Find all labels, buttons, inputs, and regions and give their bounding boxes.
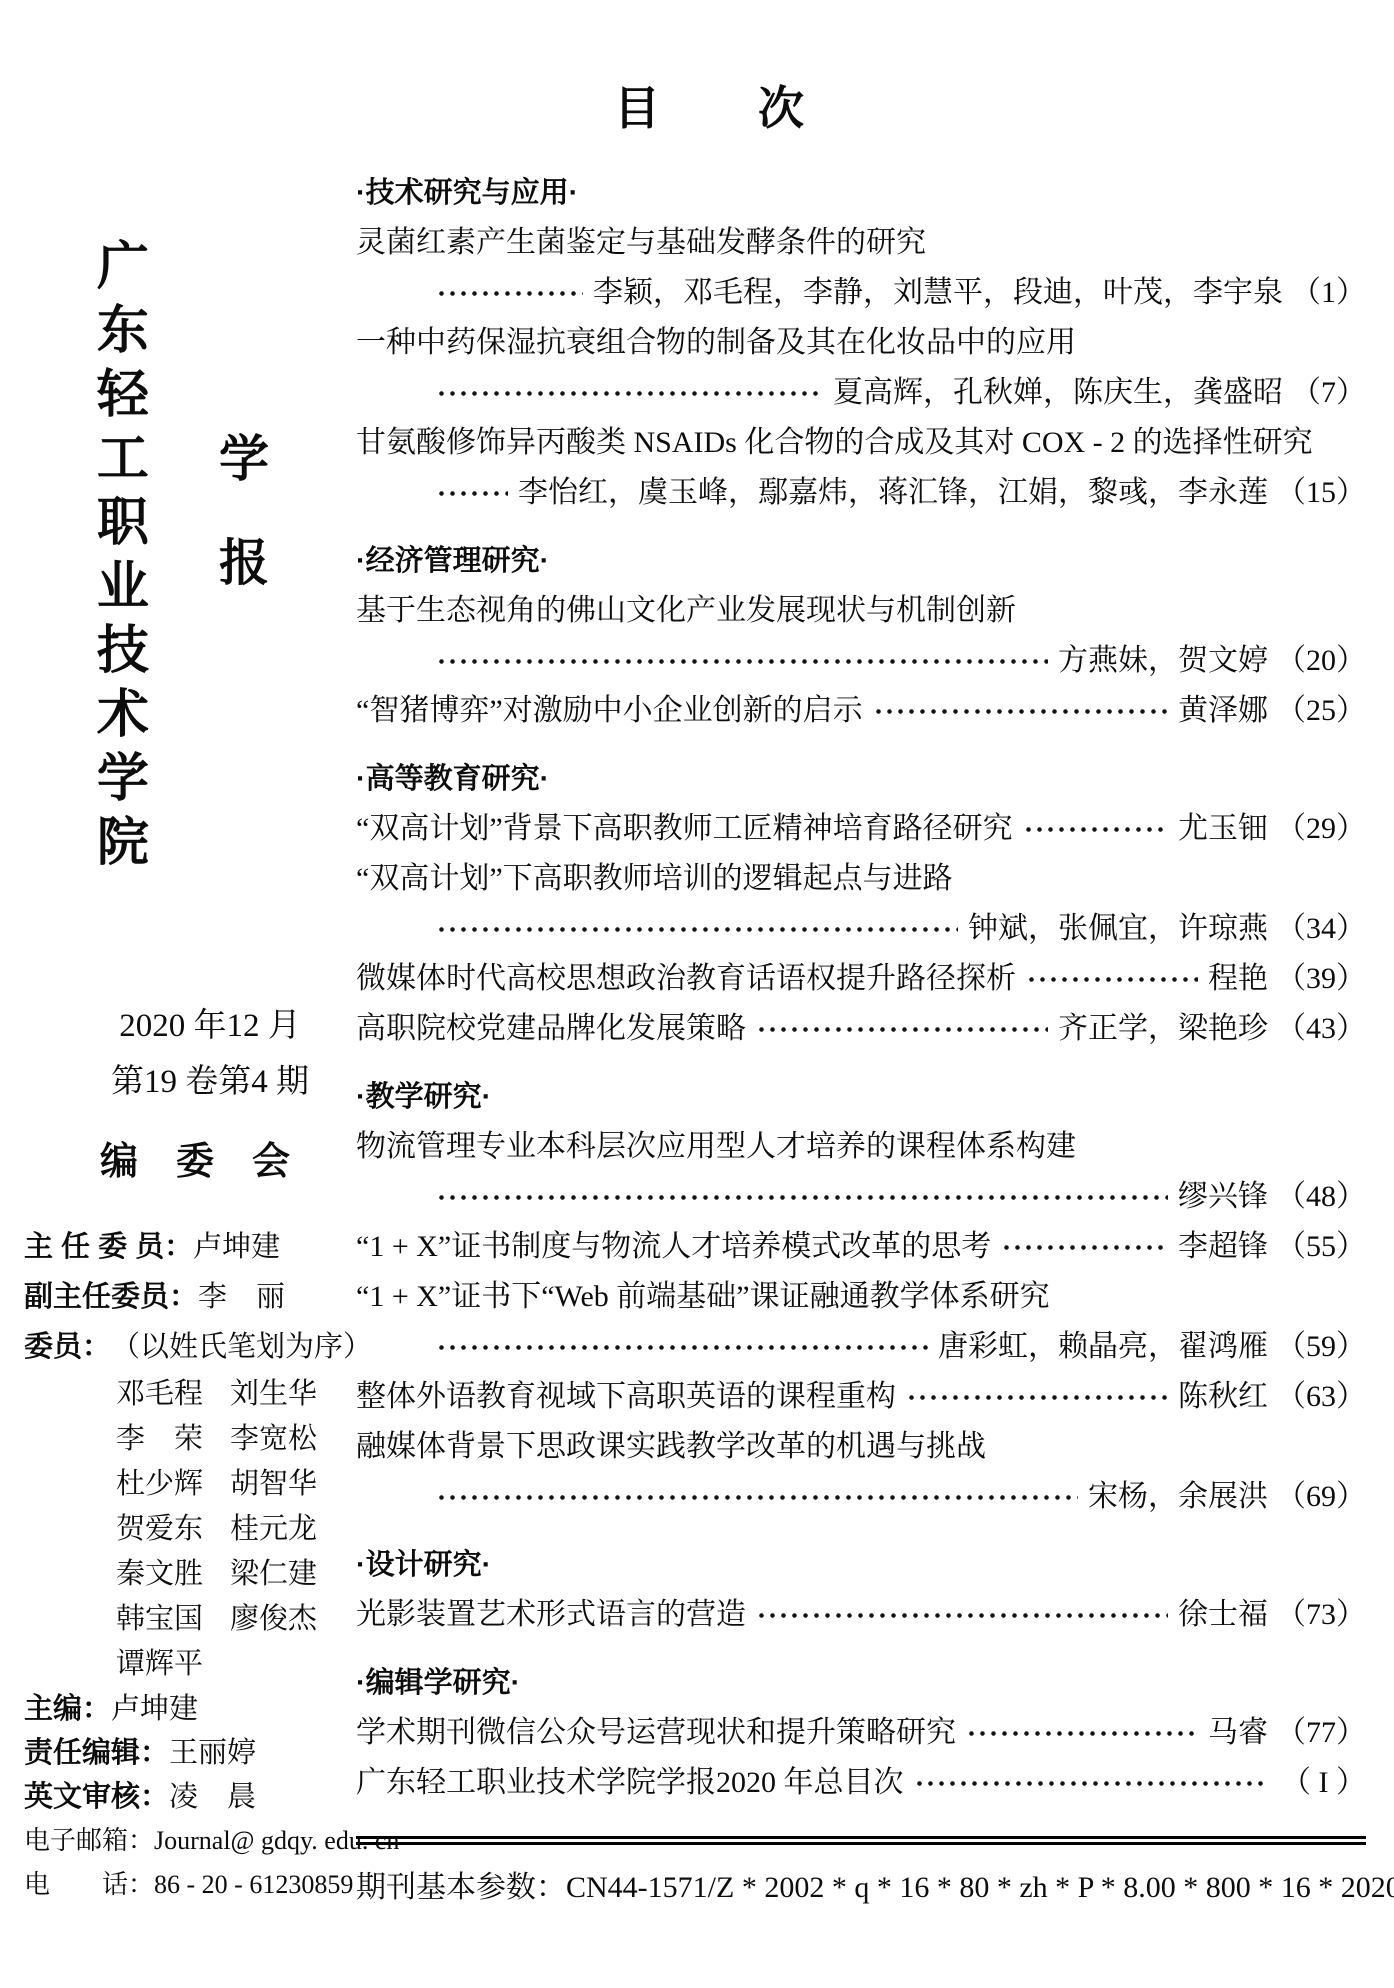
toc-section-items: 基于生态视角的佛山文化产业发展现状与机制创新 方燕妹，贺文婷 （20） “智猪博… bbox=[356, 586, 1366, 736]
toc-item-page: （59） bbox=[1276, 1322, 1366, 1372]
board-member-row: 贺爱东桂元龙 bbox=[116, 1507, 354, 1552]
dot-leader bbox=[436, 287, 583, 300]
dot-leader bbox=[436, 487, 508, 500]
toc-section-heading: ·设计研究· bbox=[356, 1540, 1366, 1590]
member-name: 胡智华 bbox=[230, 1462, 317, 1507]
toc-item-title: “1 + X”证书制度与物流人才培养模式改革的思考 bbox=[356, 1222, 991, 1272]
dot-leader bbox=[436, 1341, 928, 1354]
dot-leader bbox=[1026, 973, 1198, 986]
masthead-row: 责任编辑：王丽婷 bbox=[24, 1731, 354, 1775]
toc-item-page: （20） bbox=[1276, 636, 1366, 686]
toc-item-authors: 李怡红，虞玉峰，鄢嘉炜，蒋汇锋，江娟，黎彧，李永莲 bbox=[518, 468, 1268, 518]
dot-leader bbox=[436, 655, 1048, 668]
toc-item-title: “双高计划”背景下高职教师工匠精神培育路径研究 bbox=[356, 804, 1013, 854]
toc-item: 微媒体时代高校思想政治教育话语权提升路径探析 程艳 （39） bbox=[356, 954, 1366, 1004]
toc-item-page: （48） bbox=[1276, 1172, 1366, 1222]
issue-date: 2020 年12 月 bbox=[60, 998, 360, 1054]
table-of-contents: 目 次 ·技术研究与应用· 灵菌红素产生菌鉴定与基础发酵条件的研究 李颖，邓毛程… bbox=[356, 78, 1366, 1913]
toc-item: “双高计划”下高职教师培训的逻辑起点与进路 钟斌，张佩宜，许琼燕 （34） bbox=[356, 854, 1366, 954]
journal-name-vertical: 广东轻工职业技术学院 bbox=[86, 238, 147, 878]
toc-item-title: 融媒体背景下思政课实践教学改革的机遇与挑战 bbox=[356, 1430, 986, 1463]
toc-item-page: （ I ） bbox=[1281, 1758, 1366, 1808]
toc-item-page: （55） bbox=[1276, 1222, 1366, 1272]
member-name: 秦文胜 bbox=[116, 1552, 230, 1597]
toc-item-page: （77） bbox=[1276, 1708, 1366, 1758]
board-member-row: 韩宝国廖俊杰 bbox=[116, 1597, 354, 1642]
toc-item: 甘氨酸修饰异丙酸类 NSAIDs 化合物的合成及其对 COX - 2 的选择性研… bbox=[356, 418, 1366, 518]
toc-item-authors: 唐彩虹，赖晶亮，翟鸿雁 bbox=[938, 1322, 1268, 1372]
staff-rows: 主编：卢坤建 责任编辑：王丽婷 英文审核：凌 晨 电子邮箱：Journal@ g… bbox=[24, 1687, 354, 1907]
toc-item-authors: 齐正学，梁艳珍 bbox=[1058, 1004, 1268, 1054]
toc-item-page: （15） bbox=[1276, 468, 1366, 518]
toc-item-title: 灵菌红素产生菌鉴定与基础发酵条件的研究 bbox=[356, 226, 926, 259]
row-label: 主编： bbox=[24, 1687, 111, 1731]
toc-item-title: 微媒体时代高校思想政治教育话语权提升路径探析 bbox=[356, 954, 1016, 1004]
toc-item: 物流管理专业本科层次应用型人才培养的课程体系构建 缪兴锋 （48） bbox=[356, 1122, 1366, 1222]
toc-item-authors: 徐士福 bbox=[1178, 1590, 1268, 1640]
dot-leader bbox=[436, 1491, 1078, 1504]
toc-item: 融媒体背景下思政课实践教学改革的机遇与挑战 宋杨，余展洪 （69） bbox=[356, 1422, 1366, 1522]
toc-item: “智猪博弈”对激励中小企业创新的启示 黄泽娜 （25） bbox=[356, 686, 1366, 736]
toc-item-title: 基于生态视角的佛山文化产业发展现状与机制创新 bbox=[356, 594, 1016, 627]
toc-item-title: 广东轻工职业技术学院学报2020 年总目次 bbox=[356, 1758, 904, 1808]
toc-section: ·经济管理研究· 基于生态视角的佛山文化产业发展现状与机制创新 方燕妹，贺文婷 … bbox=[356, 536, 1366, 736]
toc-item: 灵菌红素产生菌鉴定与基础发酵条件的研究 李颖，邓毛程，李静，刘慧平，段迪，叶茂，… bbox=[356, 218, 1366, 318]
toc-item-title: 光影装置艺术形式语言的营造 bbox=[356, 1590, 746, 1640]
toc-item-page: （34） bbox=[1276, 904, 1366, 954]
row-value: 王丽婷 bbox=[169, 1731, 256, 1775]
row-value: 卢坤建 bbox=[111, 1687, 198, 1731]
dot-leader bbox=[1001, 1241, 1168, 1254]
dot-leader bbox=[873, 705, 1168, 718]
board-member-row: 秦文胜梁仁建 bbox=[116, 1552, 354, 1597]
toc-item-title: “1 + X”证书下“Web 前端基础”课证融通教学体系研究 bbox=[356, 1280, 1050, 1313]
toc-item-authors: 李颖，邓毛程，李静，刘慧平，段迪，叶茂，李宇泉 bbox=[593, 268, 1283, 318]
masthead-row: 主编：卢坤建 bbox=[24, 1687, 354, 1731]
toc-item: 整体外语教育视域下高职英语的课程重构 陈秋红 （63） bbox=[356, 1372, 1366, 1422]
double-rule bbox=[356, 1836, 1366, 1845]
toc-item-title: 学术期刊微信公众号运营现状和提升策略研究 bbox=[356, 1708, 956, 1758]
member-name: 韩宝国 bbox=[116, 1597, 230, 1642]
dot-leader bbox=[914, 1777, 1264, 1790]
dot-leader bbox=[966, 1727, 1198, 1740]
toc-item: 广东轻工职业技术学院学报2020 年总目次 （ I ） bbox=[356, 1758, 1366, 1808]
masthead-row: 电子邮箱：Journal@ gdqy. edu. cn bbox=[24, 1819, 354, 1863]
toc-item-page: （73） bbox=[1276, 1590, 1366, 1640]
dot-leader bbox=[436, 387, 823, 400]
toc-item: 一种中药保湿抗衰组合物的制备及其在化妆品中的应用 夏高辉，孔秋婵，陈庆生，龚盛昭… bbox=[356, 318, 1366, 418]
toc-item-title: 物流管理专业本科层次应用型人才培养的课程体系构建 bbox=[356, 1130, 1076, 1163]
toc-sections: ·技术研究与应用· 灵菌红素产生菌鉴定与基础发酵条件的研究 李颖，邓毛程，李静，… bbox=[356, 168, 1366, 1808]
toc-item-title: 甘氨酸修饰异丙酸类 NSAIDs 化合物的合成及其对 COX - 2 的选择性研… bbox=[356, 426, 1313, 459]
toc-section-heading: ·高等教育研究· bbox=[356, 754, 1366, 804]
toc-section-heading: ·编辑学研究· bbox=[356, 1658, 1366, 1708]
toc-item-page: （7） bbox=[1291, 368, 1366, 418]
toc-item: 学术期刊微信公众号运营现状和提升策略研究 马睿 （77） bbox=[356, 1708, 1366, 1758]
dot-leader bbox=[756, 1023, 1048, 1036]
toc-section-heading: ·教学研究· bbox=[356, 1072, 1366, 1122]
toc-item: 高职院校党建品牌化发展策略 齐正学，梁艳珍 （43） bbox=[356, 1004, 1366, 1054]
toc-section: ·教学研究· 物流管理专业本科层次应用型人才培养的课程体系构建 缪兴锋 （48）… bbox=[356, 1072, 1366, 1522]
dot-leader bbox=[436, 923, 958, 936]
editorial-board-title: 编 委 会 bbox=[45, 1130, 345, 1185]
board-member-row: 谭辉平 bbox=[116, 1642, 354, 1687]
toc-item-authors: 尤玉钿 bbox=[1178, 804, 1268, 854]
journal-params: 期刊基本参数：CN44-1571/Z * 2002 * q * 16 * 80 … bbox=[356, 1863, 1366, 1913]
toc-item-title: 整体外语教育视域下高职英语的课程重构 bbox=[356, 1372, 896, 1422]
issue-info: 2020 年12 月 第19 卷第4 期 bbox=[60, 998, 360, 1110]
row-value: 86 - 20 - 61230859 bbox=[154, 1863, 353, 1907]
member-name: 谭辉平 bbox=[116, 1642, 230, 1687]
toc-item-authors: 马睿 bbox=[1208, 1708, 1268, 1758]
masthead-row: 副主任委员：李 丽 bbox=[24, 1272, 354, 1322]
toc-item-authors: 陈秋红 bbox=[1178, 1372, 1268, 1422]
editorial-board: 主 任 委 员：卢坤建 副主任委员：李 丽 委员：（以姓氏笔划为序） 邓毛程刘生… bbox=[24, 1222, 354, 1907]
toc-section-heading: ·技术研究与应用· bbox=[356, 168, 1366, 218]
toc-section-items: “双高计划”背景下高职教师工匠精神培育路径研究 尤玉钿 （29） “双高计划”下… bbox=[356, 804, 1366, 1054]
toc-item-authors: 方燕妹，贺文婷 bbox=[1058, 636, 1268, 686]
masthead-row: 英文审核：凌 晨 bbox=[24, 1775, 354, 1819]
row-label: 委员： bbox=[24, 1322, 111, 1372]
member-name: 刘生华 bbox=[230, 1372, 317, 1417]
toc-item: “1 + X”证书制度与物流人才培养模式改革的思考 李超锋 （55） bbox=[356, 1222, 1366, 1272]
row-label: 主 任 委 员： bbox=[24, 1222, 193, 1272]
toc-item-page: （69） bbox=[1276, 1472, 1366, 1522]
toc-item-authors: 钟斌，张佩宜，许琼燕 bbox=[968, 904, 1268, 954]
row-value: 凌 晨 bbox=[169, 1775, 256, 1819]
toc-item-title: “双高计划”下高职教师培训的逻辑起点与进路 bbox=[356, 862, 953, 895]
toc-section: ·设计研究· 光影装置艺术形式语言的营造 徐士福 （73） bbox=[356, 1540, 1366, 1640]
row-label: 责任编辑： bbox=[24, 1731, 169, 1775]
member-name: 杜少辉 bbox=[116, 1462, 230, 1507]
masthead-row: 委员：（以姓氏笔划为序） bbox=[24, 1322, 354, 1372]
toc-item-authors: 缪兴锋 bbox=[1178, 1172, 1268, 1222]
toc-item-authors: 程艳 bbox=[1208, 954, 1268, 1004]
toc-item-page: （1） bbox=[1291, 268, 1366, 318]
row-label: 电子邮箱： bbox=[24, 1819, 154, 1863]
issue-number: 第19 卷第4 期 bbox=[60, 1054, 360, 1110]
toc-section: ·技术研究与应用· 灵菌红素产生菌鉴定与基础发酵条件的研究 李颖，邓毛程，李静，… bbox=[356, 168, 1366, 518]
toc-item-page: （39） bbox=[1276, 954, 1366, 1004]
toc-item-title: 高职院校党建品牌化发展策略 bbox=[356, 1004, 746, 1054]
toc-item-authors: 黄泽娜 bbox=[1178, 686, 1268, 736]
toc-item: “双高计划”背景下高职教师工匠精神培育路径研究 尤玉钿 （29） bbox=[356, 804, 1366, 854]
toc-item-title: 一种中药保湿抗衰组合物的制备及其在化妆品中的应用 bbox=[356, 326, 1076, 359]
toc-title: 目 次 bbox=[614, 78, 1366, 138]
toc-item-page: （63） bbox=[1276, 1372, 1366, 1422]
board-member-row: 邓毛程刘生华 bbox=[116, 1372, 354, 1417]
toc-item-page: （43） bbox=[1276, 1004, 1366, 1054]
row-value: 李 丽 bbox=[198, 1272, 285, 1322]
row-label: 副主任委员： bbox=[24, 1272, 198, 1322]
toc-section-items: 学术期刊微信公众号运营现状和提升策略研究 马睿 （77） 广东轻工职业技术学院学… bbox=[356, 1708, 1366, 1808]
dot-leader bbox=[1023, 823, 1168, 836]
member-name: 廖俊杰 bbox=[230, 1597, 317, 1642]
board-rows: 主 任 委 员：卢坤建 副主任委员：李 丽 委员：（以姓氏笔划为序） bbox=[24, 1222, 354, 1372]
row-value: 卢坤建 bbox=[193, 1222, 280, 1272]
row-label: 英文审核： bbox=[24, 1775, 169, 1819]
board-members: 邓毛程刘生华 李 荣李宽松 杜少辉胡智华 贺爱东桂元龙 秦文胜梁仁建 韩宝国廖俊… bbox=[24, 1372, 354, 1687]
toc-section: ·编辑学研究· 学术期刊微信公众号运营现状和提升策略研究 马睿 （77） 广东轻… bbox=[356, 1658, 1366, 1808]
member-name: 邓毛程 bbox=[116, 1372, 230, 1417]
row-value: （以姓氏笔划为序） bbox=[111, 1322, 372, 1372]
masthead-row: 电 话：86 - 20 - 61230859 bbox=[24, 1863, 354, 1907]
dot-leader bbox=[756, 1609, 1168, 1622]
toc-item-page: （29） bbox=[1276, 804, 1366, 854]
masthead-row: 主 任 委 员：卢坤建 bbox=[24, 1222, 354, 1272]
toc-item-authors: 李超锋 bbox=[1178, 1222, 1268, 1272]
journal-name-suffix: 学报 bbox=[210, 432, 270, 640]
journal-toc-page: 广东轻工职业技术学院 学报 2020 年12 月 第19 卷第4 期 编 委 会… bbox=[0, 0, 1394, 1988]
toc-item: 基于生态视角的佛山文化产业发展现状与机制创新 方燕妹，贺文婷 （20） bbox=[356, 586, 1366, 686]
toc-item: 光影装置艺术形式语言的营造 徐士福 （73） bbox=[356, 1590, 1366, 1640]
toc-item-title: “智猪博弈”对激励中小企业创新的启示 bbox=[356, 686, 863, 736]
member-name: 李宽松 bbox=[230, 1417, 317, 1462]
member-name: 桂元龙 bbox=[230, 1507, 317, 1552]
toc-section-items: 灵菌红素产生菌鉴定与基础发酵条件的研究 李颖，邓毛程，李静，刘慧平，段迪，叶茂，… bbox=[356, 218, 1366, 518]
toc-section-items: 光影装置艺术形式语言的营造 徐士福 （73） bbox=[356, 1590, 1366, 1640]
board-member-row: 李 荣李宽松 bbox=[116, 1417, 354, 1462]
dot-leader bbox=[906, 1391, 1168, 1404]
member-name: 贺爱东 bbox=[116, 1507, 230, 1552]
toc-item-authors: 夏高辉，孔秋婵，陈庆生，龚盛昭 bbox=[833, 368, 1283, 418]
member-name: 梁仁建 bbox=[230, 1552, 317, 1597]
board-member-row: 杜少辉胡智华 bbox=[116, 1462, 354, 1507]
toc-item-page: （25） bbox=[1276, 686, 1366, 736]
member-name: 李 荣 bbox=[116, 1417, 230, 1462]
toc-section-items: 物流管理专业本科层次应用型人才培养的课程体系构建 缪兴锋 （48） “1 + X… bbox=[356, 1122, 1366, 1522]
dot-leader bbox=[436, 1191, 1168, 1204]
row-label: 电 话： bbox=[24, 1863, 154, 1907]
toc-section-heading: ·经济管理研究· bbox=[356, 536, 1366, 586]
toc-section: ·高等教育研究· “双高计划”背景下高职教师工匠精神培育路径研究 尤玉钿 （29… bbox=[356, 754, 1366, 1054]
toc-item-authors: 宋杨，余展洪 bbox=[1088, 1472, 1268, 1522]
toc-item: “1 + X”证书下“Web 前端基础”课证融通教学体系研究 唐彩虹，赖晶亮，翟… bbox=[356, 1272, 1366, 1372]
